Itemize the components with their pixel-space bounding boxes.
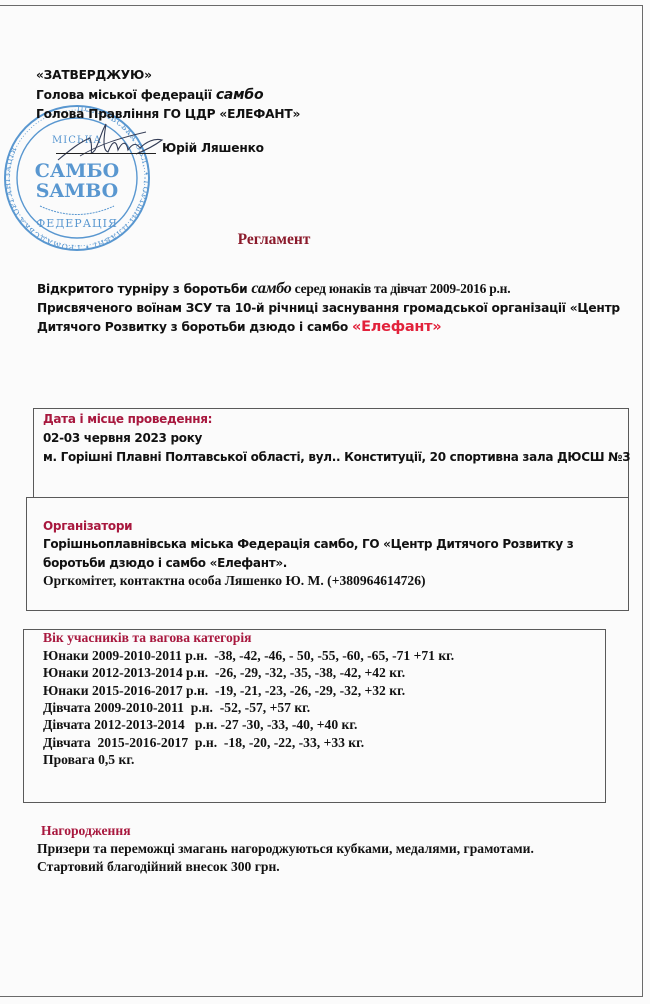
sport-name: самбо <box>251 280 291 297</box>
intro-text: Відкритого турніру з боротьби <box>37 282 251 296</box>
svg-text:SAMBO: SAMBO <box>36 180 118 202</box>
awards-line: Призери та переможці змагань нагороджуют… <box>37 841 534 857</box>
awards-heading: Нагородження <box>41 823 131 839</box>
brand-name: «Елефант» <box>352 319 441 335</box>
weight-category-line: Юнаки 2009-2010-2011 р.н. -38, -42, -46,… <box>43 648 454 664</box>
organizers-line: боротьби дзюдо і самбо «Елефант». <box>43 556 287 570</box>
svg-text:ФЕДЕРАЦІЯ: ФЕДЕРАЦІЯ <box>36 217 118 230</box>
date-place-heading: Дата і місце проведення: <box>43 412 212 426</box>
signature-icon <box>50 120 170 168</box>
approval-heading: «ЗАТВЕРДЖУЮ» <box>36 68 152 82</box>
document-title: Регламент <box>0 231 548 249</box>
age-weight-heading: Вік учасників та вагова категорія <box>43 630 252 646</box>
intro-text: Дитячого Розвитку з боротьби дзюдо і сам… <box>37 320 352 334</box>
organizers-section <box>26 497 629 611</box>
organizers-line: Горішньоплавнівська міська Федерація сам… <box>43 537 573 551</box>
contact-person: Оргкомітет, контактна особа Ляшенко Ю. М… <box>43 573 426 589</box>
intro-line-2: Присвяченого воїнам ЗСУ та 10-й річниці … <box>37 301 620 315</box>
weight-category-line: Дівчата 2009-2010-2011 р.н. -52, -57, +5… <box>43 700 310 716</box>
intro-text: серед юнаків та дівчат 2009-2016 р.н. <box>292 281 511 296</box>
signer-name: Юрій Ляшенко <box>162 141 264 155</box>
weight-category-line: Дівчата 2012-2013-2014 р.н. -27 -30, -33… <box>43 717 357 733</box>
signature-line <box>56 153 156 154</box>
weight-category-line: Юнаки 2012-2013-2014 р.н. -26, -29, -32,… <box>43 665 405 681</box>
weight-category-line: Провага 0,5 кг. <box>43 752 134 768</box>
intro-line-1: Відкритого турніру з боротьби самбо сере… <box>37 280 510 298</box>
entry-fee: Стартовий благодійний внесок 300 грн. <box>37 859 280 875</box>
approval-title-text: Голова міської федерації <box>36 88 216 102</box>
organizers-heading: Організатори <box>43 519 132 533</box>
event-date: 02-03 червня 2023 року <box>43 431 202 445</box>
intro-line-3: Дитячого Розвитку з боротьби дзюдо і сам… <box>37 319 441 335</box>
sport-name: самбо <box>216 87 264 103</box>
weight-category-line: Юнаки 2015-2016-2017 р.н. -19, -21, -23,… <box>43 683 405 699</box>
approval-line-1: Голова міської федерації самбо <box>36 87 263 103</box>
event-address: м. Горішні Плавні Полтавської області, в… <box>43 450 630 464</box>
approval-line-2: Голова Правління ГО ЦДР «ЕЛЕФАНТ» <box>36 107 300 121</box>
weight-category-line: Дівчата 2015-2016-2017 р.н. -18, -20, -2… <box>43 735 364 751</box>
